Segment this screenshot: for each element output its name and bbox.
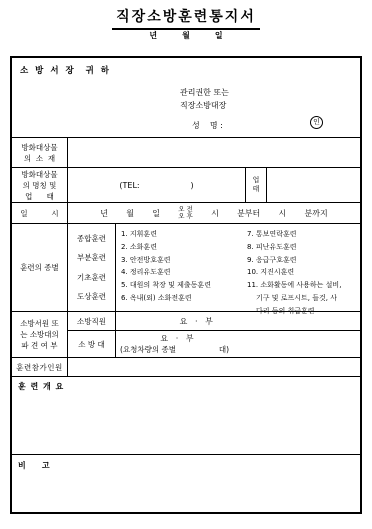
authority-line-2: 직장소방대장 bbox=[180, 99, 229, 112]
location-row: 방화대상물 의 소 재 bbox=[12, 138, 360, 168]
category-comprehensive: 종합훈련 bbox=[77, 233, 106, 244]
category-basic: 기초훈련 bbox=[77, 272, 106, 283]
fire-brigade-yes-no: 요 · 부 bbox=[116, 333, 238, 344]
business-type-subheader: 업 태 bbox=[246, 168, 267, 202]
training-categories: 종합훈련 부분훈련 기초훈련 도상훈련 bbox=[68, 224, 116, 311]
seal-stamp-icon: 인 bbox=[310, 116, 323, 129]
training-items-right: 7. 통보연락훈련 8. 피난유도훈련 9. 응급구호훈련 10. 지진시훈련 … bbox=[247, 228, 360, 309]
form-header: 직장소방훈련통지서 bbox=[0, 6, 372, 30]
location-field bbox=[68, 138, 360, 167]
outline-label: 훈 련 개 요 bbox=[18, 382, 64, 391]
training-type-label: 훈련의 종별 bbox=[12, 224, 68, 311]
authority-block: 관리권한 또는 직장소방대장 bbox=[180, 86, 229, 112]
business-type-field bbox=[267, 168, 360, 202]
unit-hour-start: 시 bbox=[211, 208, 219, 219]
form-title: 직장소방훈련통지서 bbox=[112, 6, 260, 30]
name-row: 방화대상물 의 명칭 및 업 태 (TEL: ) 업 태 bbox=[12, 168, 360, 203]
unit-month: 월 bbox=[126, 208, 134, 219]
remarks-row: 비 고 bbox=[12, 455, 360, 512]
requested-vehicles-field: (요청차량의 종별 대) bbox=[116, 344, 360, 355]
training-item: 3. 안전방호훈련 bbox=[121, 254, 247, 267]
datetime-label: 일 시 bbox=[12, 203, 68, 223]
training-items: 1. 지휘훈련 2. 소화훈련 3. 안전방호훈련 4. 정리유도훈련 5. 대… bbox=[116, 224, 360, 311]
training-item: 9. 응급구호훈련 bbox=[247, 254, 360, 267]
tel-field: (TEL: ) bbox=[68, 168, 246, 202]
unit-hour-end: 시 bbox=[279, 208, 287, 219]
training-item: 4. 정리유도훈련 bbox=[121, 266, 247, 279]
addressee-section: 소 방 서 장 귀 하 관리권한 또는 직장소방대장 성 명 : 인 bbox=[12, 58, 360, 138]
dispatch-fields: 소방직원 요 · 부 소 방 대 요 · 부 (요청차량의 종별 대) bbox=[68, 312, 360, 357]
fire-brigade-label: 소 방 대 bbox=[68, 331, 116, 357]
date-line: 년 월 일 bbox=[0, 30, 372, 41]
addressee-label: 소 방 서 장 귀 하 bbox=[20, 64, 111, 76]
remarks-label: 비 고 bbox=[18, 461, 51, 470]
training-item: 10. 지진시훈련 bbox=[247, 266, 360, 279]
datetime-field: 년 월 일 오 전 오 후 시 분부터 시 분까지 bbox=[68, 203, 360, 223]
training-item: 1. 지휘훈련 bbox=[121, 228, 247, 241]
fire-officer-yes-no: 요 · 부 bbox=[116, 312, 277, 330]
participants-row: 훈련참가인원 bbox=[12, 358, 360, 377]
fire-officer-label: 소방직원 bbox=[68, 312, 116, 330]
training-item: 6. 옥내(외) 소화전훈련 bbox=[121, 292, 247, 305]
category-partial: 부분훈련 bbox=[77, 252, 106, 263]
unit-minute-to: 분까지 bbox=[304, 208, 327, 219]
fire-brigade-fields: 요 · 부 (요청차량의 종별 대) bbox=[116, 331, 360, 357]
unit-year: 년 bbox=[100, 208, 108, 219]
am-pm-selector: 오 전 오 후 bbox=[178, 206, 193, 221]
training-item-continuation: 기구 및 로프시트, 들것, 사 bbox=[247, 292, 360, 305]
training-item: 2. 소화훈련 bbox=[121, 241, 247, 254]
training-item: 5. 대원의 착장 및 제출동훈련 bbox=[121, 279, 247, 292]
notice-form: 소 방 서 장 귀 하 관리권한 또는 직장소방대장 성 명 : 인 방화대상물… bbox=[10, 56, 362, 514]
name-row-label: 방화대상물 의 명칭 및 업 태 bbox=[12, 168, 68, 202]
training-item: 7. 통보연락훈련 bbox=[247, 228, 360, 241]
dispatch-label: 소방서원 또 는 소방대의 파 견 여 부 bbox=[12, 312, 68, 357]
datetime-row: 일 시 년 월 일 오 전 오 후 시 분부터 시 분까지 bbox=[12, 203, 360, 224]
location-label: 방화대상물 의 소 재 bbox=[12, 138, 68, 167]
training-items-left: 1. 지휘훈련 2. 소화훈련 3. 안전방호훈련 4. 정리유도훈련 5. 대… bbox=[121, 228, 247, 309]
category-tabletop: 도상훈련 bbox=[77, 291, 106, 302]
dispatch-row: 소방서원 또 는 소방대의 파 견 여 부 소방직원 요 · 부 소 방 대 요… bbox=[12, 312, 360, 358]
participants-field bbox=[68, 358, 360, 376]
training-item: 8. 피난유도훈련 bbox=[247, 241, 360, 254]
fire-brigade-row: 소 방 대 요 · 부 (요청차량의 종별 대) bbox=[68, 331, 360, 357]
unit-day: 일 bbox=[152, 208, 160, 219]
name-label: 성 명 : bbox=[192, 120, 223, 131]
training-type-row: 훈련의 종별 종합훈련 부분훈련 기초훈련 도상훈련 1. 지휘훈련 2. 소화… bbox=[12, 224, 360, 312]
fire-officer-row: 소방직원 요 · 부 bbox=[68, 312, 360, 331]
unit-minute-from: 분부터 bbox=[237, 208, 260, 219]
authority-line-1: 관리권한 또는 bbox=[180, 86, 229, 99]
participants-label: 훈련참가인원 bbox=[12, 358, 68, 376]
training-item: 11. 소화활동에 사용하는 설비, bbox=[247, 279, 360, 292]
outline-row: 훈 련 개 요 bbox=[12, 377, 360, 455]
